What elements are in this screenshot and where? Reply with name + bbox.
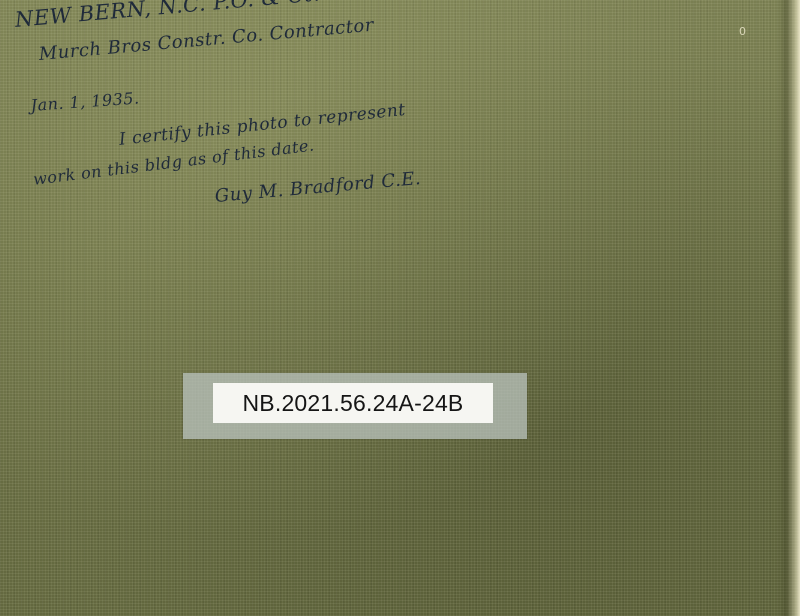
accession-label: NB.2021.56.24A-24B	[213, 383, 493, 423]
book-cover: NEW BERN, N.C. P.O. & Ct. Ho. Murch Bros…	[0, 0, 800, 616]
handwritten-date: Jan. 1, 1935.	[30, 88, 140, 115]
accession-number: NB.2021.56.24A-24B	[243, 390, 464, 417]
cover-edge	[778, 0, 800, 616]
handwritten-signature: Guy M. Bradford C.E.	[214, 168, 422, 207]
corner-mark: 0	[739, 25, 746, 38]
